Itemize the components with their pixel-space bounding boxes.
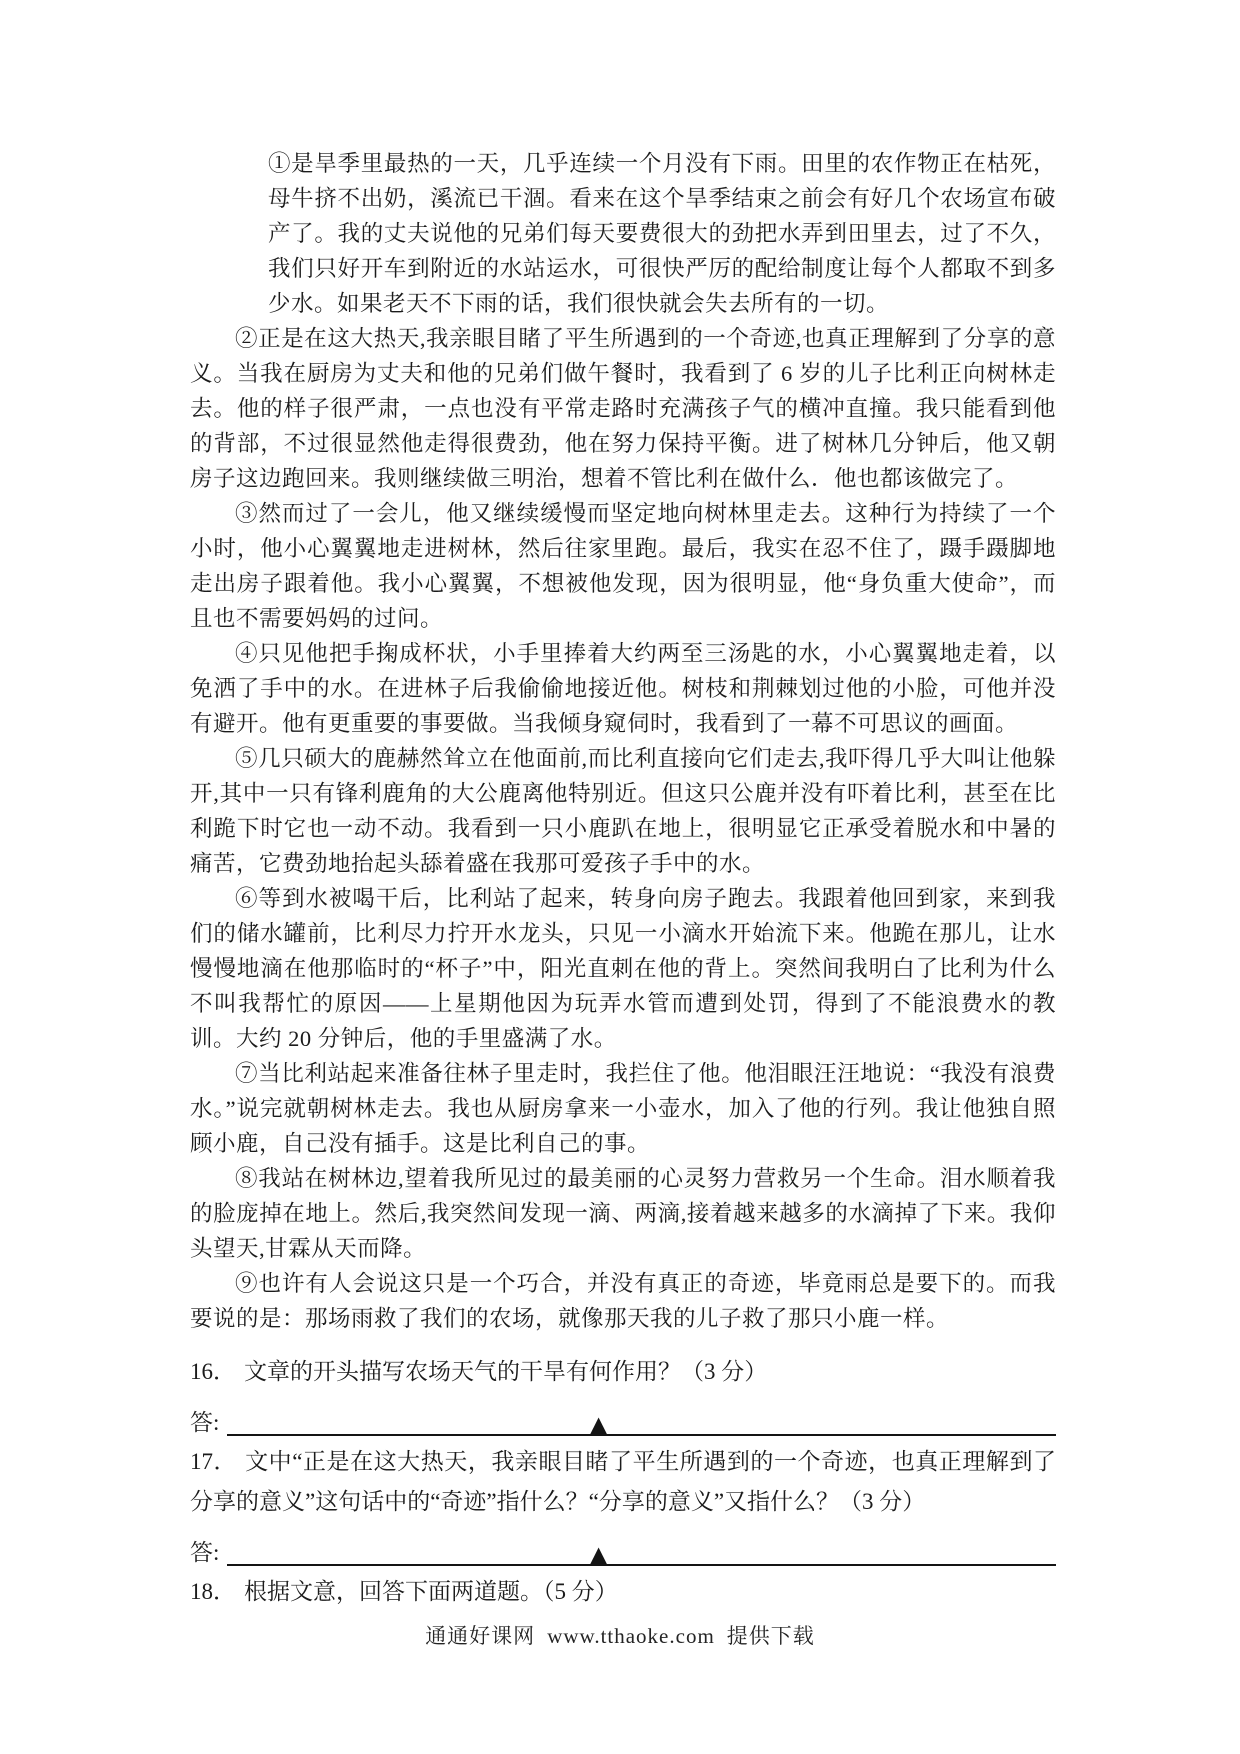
footer-site-name: 通通好课网 xyxy=(425,1624,535,1648)
questions-section: 16．文章的开头描写农场天气的干旱有何作用？（3 分） 答: ▲ 17．文中“正… xyxy=(190,1352,1056,1612)
question-18-text: 根据文意，回答下面两道题。（5 分） xyxy=(244,1579,618,1604)
passage-paragraph-8: ⑧我站在树林边,望着我所见过的最美丽的心灵努力营救另一个生命。泪水顺着我的脸庞掉… xyxy=(190,1161,1056,1266)
passage-paragraph-1: ①是旱季里最热的一天，几乎连续一个月没有下雨。田里的农作物正在枯死，母牛挤不出奶… xyxy=(268,146,1056,321)
question-18: 18．根据文意，回答下面两道题。（5 分） xyxy=(190,1572,1056,1612)
question-18-number: 18． xyxy=(190,1579,244,1604)
footer-url: www.tthaoke.com xyxy=(547,1624,715,1648)
question-17-number: 17． xyxy=(190,1449,245,1474)
answer-blank-16[interactable]: ▲ xyxy=(227,1404,1056,1436)
page-footer: 通通好课网www.tthaoke.com提供下载 xyxy=(0,1620,1240,1650)
question-16-text: 文章的开头描写农场天气的干旱有何作用？（3 分） xyxy=(244,1359,767,1384)
answer-row-16: 答: ▲ xyxy=(190,1392,1056,1442)
passage-paragraph-4: ④只见他把手掬成杯状，小手里捧着大约两至三汤匙的水，小心翼翼地走着，以免洒了手中… xyxy=(190,636,1056,741)
answer-label-17: 答: xyxy=(190,1540,227,1566)
answer-row-17: 答: ▲ xyxy=(190,1522,1056,1572)
passage-paragraph-7: ⑦当比利站起来准备往林子里走时，我拦住了他。他泪眼汪汪地说：“我没有浪费水。”说… xyxy=(190,1056,1056,1161)
reading-passage-section: ①是旱季里最热的一天，几乎连续一个月没有下雨。田里的农作物正在枯死，母牛挤不出奶… xyxy=(190,146,1056,1612)
passage-paragraph-2: ②正是在这大热天,我亲眼目睹了平生所遇到的一个奇迹,也真正理解到了分享的意义。当… xyxy=(190,321,1056,496)
passage-paragraph-3: ③然而过了一会儿，他又继续缓慢而坚定地向树林里走去。这种行为持续了一个小时，他小… xyxy=(190,496,1056,636)
question-17-text: 文中“正是在这大热天，我亲眼目睹了平生所遇到的一个奇迹，也真正理解到了分享的意义… xyxy=(190,1449,1056,1514)
answer-label-16: 答: xyxy=(190,1410,227,1436)
answer-blank-17[interactable]: ▲ xyxy=(227,1534,1056,1566)
question-16-number: 16． xyxy=(190,1359,244,1384)
triangle-placeholder-icon: ▲ xyxy=(584,1411,614,1441)
passage-paragraph-6: ⑥等到水被喝干后，比利站了起来，转身向房子跑去。我跟着他回到家，来到我们的储水罐… xyxy=(190,881,1056,1056)
exam-page: ①是旱季里最热的一天，几乎连续一个月没有下雨。田里的农作物正在枯死，母牛挤不出奶… xyxy=(0,0,1240,1754)
triangle-placeholder-icon: ▲ xyxy=(584,1541,614,1571)
question-17: 17．文中“正是在这大热天，我亲眼目睹了平生所遇到的一个奇迹，也真正理解到了分享… xyxy=(190,1442,1056,1522)
passage-paragraph-9: ⑨也许有人会说这只是一个巧合，并没有真正的奇迹，毕竟雨总是要下的。而我要说的是：… xyxy=(190,1266,1056,1336)
footer-download-note: 提供下载 xyxy=(727,1624,815,1648)
question-16: 16．文章的开头描写农场天气的干旱有何作用？（3 分） xyxy=(190,1352,1056,1392)
passage-paragraph-5: ⑤几只硕大的鹿赫然耸立在他面前,而比利直接向它们走去,我吓得几乎大叫让他躲开,其… xyxy=(190,741,1056,881)
